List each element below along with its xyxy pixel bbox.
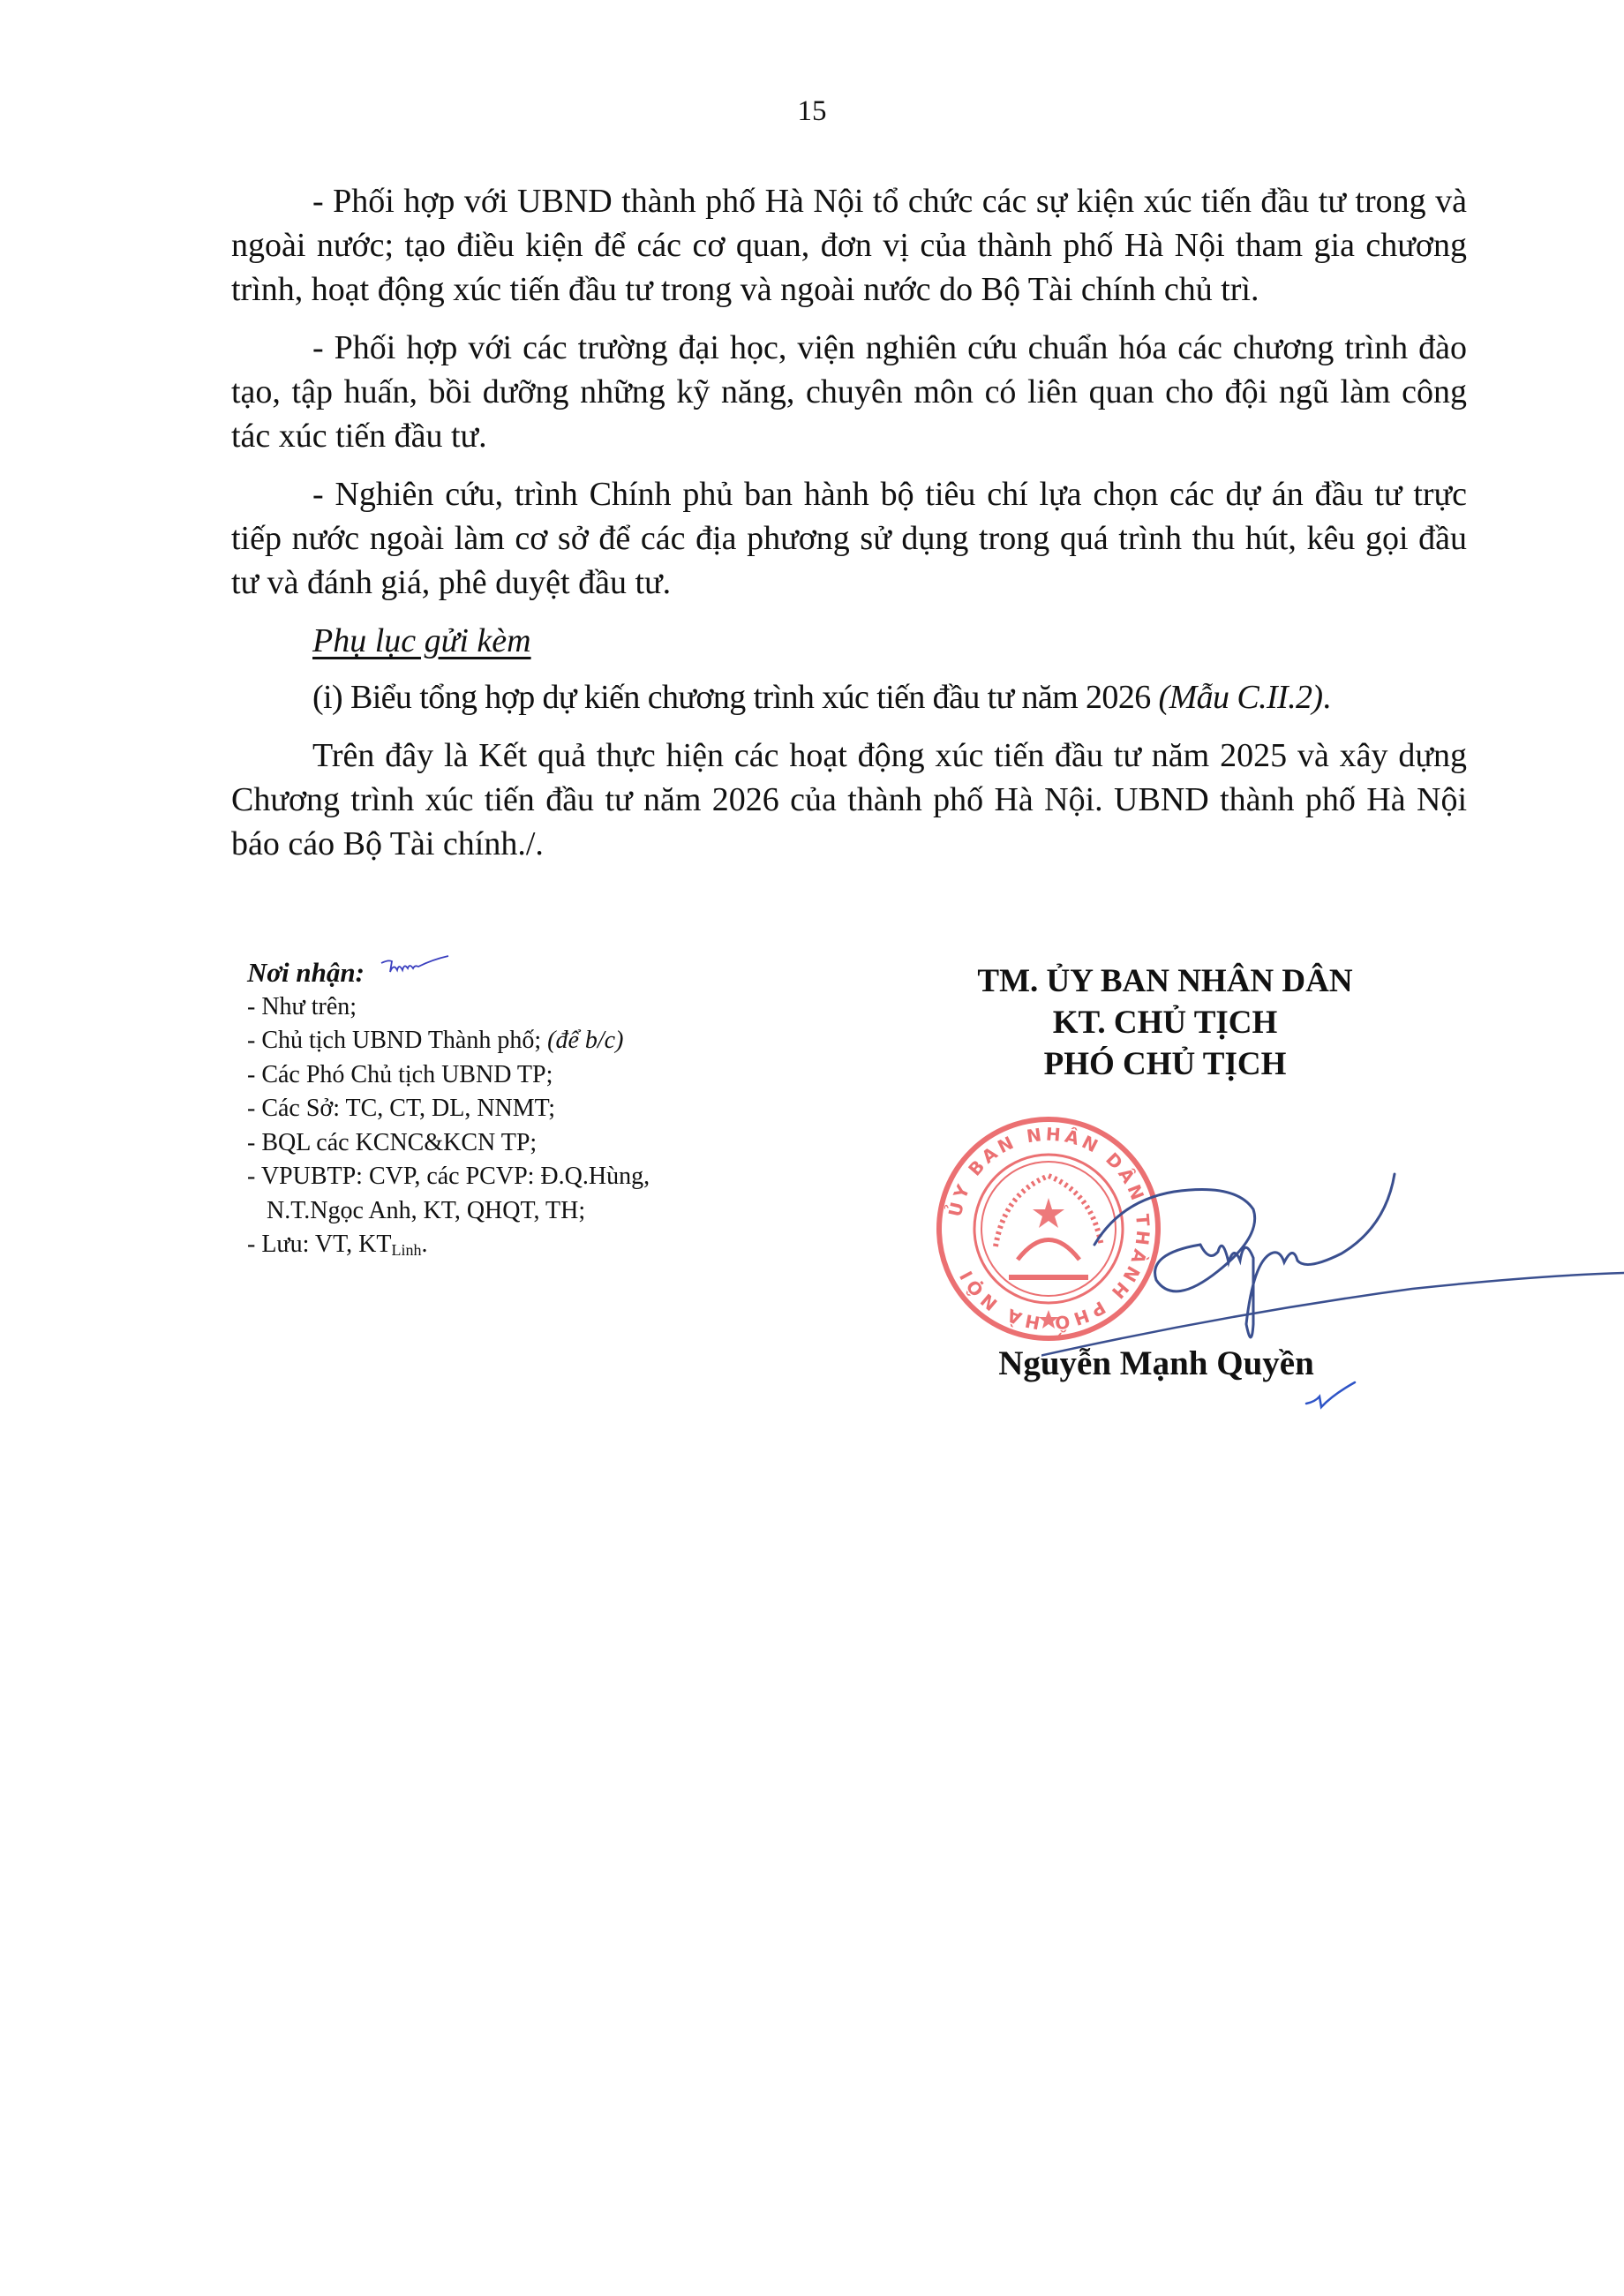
paragraph-coordinate-events: - Phối hợp với UBND thành phố Hà Nội tổ … <box>231 179 1467 312</box>
handwritten-signature-icon <box>1041 1148 1624 1368</box>
appendix-heading: Phụ lục gửi kèm <box>231 619 1467 663</box>
signature-line-1: TM. ỦY BAN NHÂN DÂN <box>918 960 1412 1002</box>
paragraph-coordinate-universities: - Phối hợp với các trường đại học, viện … <box>231 326 1467 458</box>
signature-title-block: TM. ỦY BAN NHÂN DÂN KT. CHỦ TỊCH PHÓ CHỦ… <box>918 960 1412 1085</box>
recipient-item: - VPUBTP: CVP, các PCVP: Đ.Q.Hùng, <box>247 1160 650 1194</box>
recipient-note: (để b/c) <box>547 1027 623 1054</box>
recipients-title-text: Nơi nhận: <box>247 957 365 988</box>
initials-signature-icon <box>380 952 450 979</box>
recipient-item: - BQL các KCNC&KCN TP; <box>247 1126 650 1161</box>
document-body: - Phối hợp với UBND thành phố Hà Nội tổ … <box>231 179 1467 866</box>
signature-line-2: KT. CHỦ TỊCH <box>918 1002 1412 1043</box>
paragraph-research-criteria: - Nghiên cứu, trình Chính phủ ban hành b… <box>231 472 1467 605</box>
signer-name: Nguyễn Mạnh Quyền <box>962 1344 1350 1383</box>
appendix-item-text: (i) Biểu tổng hợp dự kiến chương trình x… <box>312 679 1159 716</box>
recipient-item: - Chủ tịch UBND Thành phố; (để b/c) <box>247 1024 650 1058</box>
recipient-item: - Như trên; <box>247 990 650 1025</box>
appendix-item: (i) Biểu tổng hợp dự kiến chương trình x… <box>231 675 1467 719</box>
check-mark-icon <box>1302 1377 1364 1412</box>
recipient-item: N.T.Ngọc Anh, KT, QHQT, TH; <box>247 1194 650 1229</box>
recipients-block: Nơi nhận: - Như trên; - Chủ tịch UBND Th… <box>247 956 650 1268</box>
storage-subscript: Linh <box>391 1241 421 1259</box>
recipients-title: Nơi nhận: <box>247 956 650 990</box>
appendix-item-end: . <box>1322 679 1330 716</box>
recipient-item: - Các Sở: TC, CT, DL, NNMT; <box>247 1092 650 1126</box>
page-number: 15 <box>0 95 1624 128</box>
signature-line-3: PHÓ CHỦ TỊCH <box>918 1043 1412 1085</box>
recipient-item: - Các Phó Chủ tịch UBND TP; <box>247 1058 650 1093</box>
appendix-item-form: (Mẫu C.II.2) <box>1159 679 1323 716</box>
recipient-item-storage: - Lưu: VT, KTLinh. <box>247 1228 650 1268</box>
closing-paragraph: Trên đây là Kết quả thực hiện các hoạt đ… <box>231 734 1467 866</box>
